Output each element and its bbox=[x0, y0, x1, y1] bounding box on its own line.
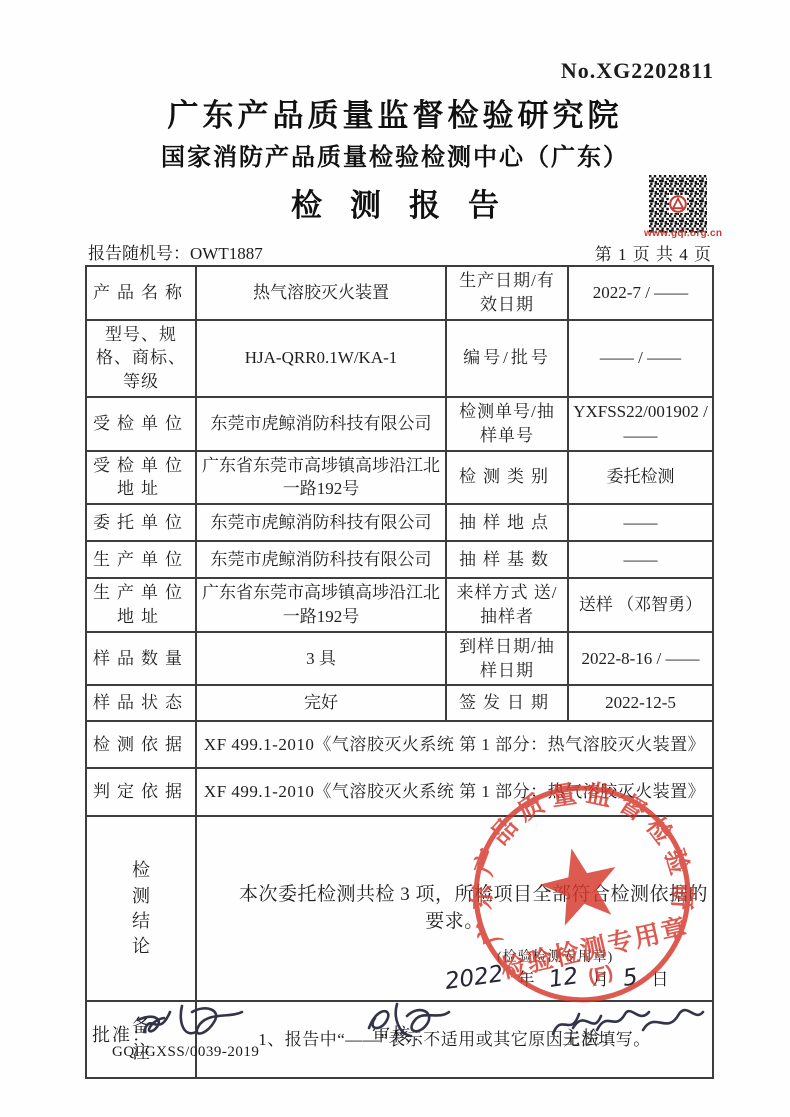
handwritten-day: 5 bbox=[621, 966, 639, 991]
table-row: 生产单位地址 广东省东莞市高埗镇高埗沿江北一路192号 来样方式 送/抽样者 送… bbox=[86, 578, 713, 632]
field-label: 生产单位地址 bbox=[86, 578, 196, 632]
table-row: 型号、规格、商标、等级 HJA-QRR0.1W/KA-1 编号/批号 —— / … bbox=[86, 320, 713, 397]
field-value: 2022-12-5 bbox=[568, 685, 713, 721]
month-unit: 月 bbox=[592, 970, 609, 989]
conclusion-label: 检 测 结 论 bbox=[86, 816, 196, 1001]
website-url: www.gqi.org.cn bbox=[644, 228, 722, 239]
field-label: 委托单位 bbox=[86, 504, 196, 541]
field-label: 检测类别 bbox=[446, 451, 568, 505]
handwritten-year: 2022 bbox=[444, 963, 505, 994]
field-label: 生产日期/有效日期 bbox=[446, 266, 568, 320]
field-label: 编号/批号 bbox=[446, 320, 568, 397]
field-value: XF 499.1-2010《气溶胶灭火系统 第 1 部分：热气溶胶灭火装置》 bbox=[196, 768, 713, 816]
field-label: 检测依据 bbox=[86, 721, 196, 768]
field-label: 抽样地点 bbox=[446, 504, 568, 541]
table-row: 检测依据 XF 499.1-2010《气溶胶灭火系统 第 1 部分：热气溶胶灭火… bbox=[86, 721, 713, 768]
seal-note: (检验检测专用章) bbox=[497, 951, 613, 965]
conclusion-text: 本次委托检测共检 3 项，所检项目全部符合检测依据的要求。 bbox=[201, 882, 708, 935]
field-label: 来样方式 送/抽样者 bbox=[446, 578, 568, 632]
field-value: 东莞市虎鲸消防科技有限公司 bbox=[196, 541, 446, 578]
field-value: 广东省东莞市高埗镇高埗沿江北一路192号 bbox=[196, 578, 446, 632]
report-serial-number: 报告随机号：OWT1887 bbox=[88, 239, 263, 264]
table-row: 生产单位 东莞市虎鲸消防科技有限公司 抽样基数 —— bbox=[86, 541, 713, 578]
report-info-table: 产品名称 热气溶胶灭火装置 生产日期/有效日期 2022-7 / —— 型号、规… bbox=[85, 265, 714, 1079]
field-label: 判定依据 bbox=[86, 768, 196, 816]
report-number: No.XG2202811 bbox=[561, 58, 714, 84]
field-label: 受检单位地址 bbox=[86, 451, 196, 505]
field-value: —— / —— bbox=[568, 320, 713, 397]
approver-signature bbox=[130, 996, 260, 1051]
field-value: 2022-7 / —— bbox=[568, 266, 713, 320]
table-row: 产品名称 热气溶胶灭火装置 生产日期/有效日期 2022-7 / —— bbox=[86, 266, 713, 320]
field-label: 抽样基数 bbox=[446, 541, 568, 578]
conclusion-label-char: 论 bbox=[132, 934, 150, 959]
conclusion-row: 检 测 结 论 本次委托检测共检 3 项，所检项目全部符合检测依据的要求。 (检… bbox=[86, 816, 713, 1001]
center-title: 国家消防产品质量检验检测中心（广东） bbox=[0, 137, 790, 172]
conclusion-label-char: 检 bbox=[132, 858, 150, 883]
field-label: 产品名称 bbox=[86, 266, 196, 320]
conclusion-label-char: 结 bbox=[132, 909, 150, 934]
qr-code-icon bbox=[649, 175, 707, 233]
reviewer-signature bbox=[355, 996, 465, 1051]
field-value: XF 499.1-2010《气溶胶灭火系统 第 1 部分：热气溶胶灭火装置》 bbox=[196, 721, 713, 768]
year-unit: 年 bbox=[518, 970, 535, 989]
organization-title: 广东产品质量监督检验研究院 bbox=[0, 90, 790, 135]
field-value: 热气溶胶灭火装置 bbox=[196, 266, 446, 320]
field-label: 签发日期 bbox=[446, 685, 568, 721]
table-row: 受检单位 东莞市虎鲸消防科技有限公司 检测单号/抽样单号 YXFSS22/001… bbox=[86, 397, 713, 451]
field-value: HJA-QRR0.1W/KA-1 bbox=[196, 320, 446, 397]
field-label: 检测单号/抽样单号 bbox=[446, 397, 568, 451]
issue-date-line: 2022年12月5日 bbox=[439, 967, 676, 990]
field-value: 东莞市虎鲸消防科技有限公司 bbox=[196, 397, 446, 451]
report-page: No.XG2202811 广东产品质量监督检验研究院 国家消防产品质量检验检测中… bbox=[0, 0, 790, 1117]
page-indicator: 第 1 页 共 4 页 bbox=[595, 240, 712, 265]
field-label: 样品状态 bbox=[86, 685, 196, 721]
field-label: 生产单位 bbox=[86, 541, 196, 578]
table-row: 委托单位 东莞市虎鲸消防科技有限公司 抽样地点 —— bbox=[86, 504, 713, 541]
field-value: YXFSS22/001902 / —— bbox=[568, 397, 713, 451]
chief-inspector-signature bbox=[545, 1000, 710, 1052]
table-row: 样品数量 3 具 到样日期/抽样日期 2022-8-16 / —— bbox=[86, 632, 713, 686]
field-value: 3 具 bbox=[196, 632, 446, 686]
table-row: 样品状态 完好 签发日期 2022-12-5 bbox=[86, 685, 713, 721]
field-value: 委托检测 bbox=[568, 451, 713, 505]
field-value: 广东省东莞市高埗镇高埗沿江北一路192号 bbox=[196, 451, 446, 505]
field-value: 完好 bbox=[196, 685, 446, 721]
table-row: 受检单位地址 广东省东莞市高埗镇高埗沿江北一路192号 检测类别 委托检测 bbox=[86, 451, 713, 505]
conclusion-label-char: 测 bbox=[132, 884, 150, 909]
field-value: 2022-8-16 / —— bbox=[568, 632, 713, 686]
conclusion-cell: 本次委托检测共检 3 项，所检项目全部符合检测依据的要求。 (检验检测专用章) … bbox=[196, 816, 713, 1001]
field-value: —— bbox=[568, 504, 713, 541]
field-label: 受检单位 bbox=[86, 397, 196, 451]
field-label: 型号、规格、商标、等级 bbox=[86, 320, 196, 397]
field-value: —— bbox=[568, 541, 713, 578]
table-row: 判定依据 XF 499.1-2010《气溶胶灭火系统 第 1 部分：热气溶胶灭火… bbox=[86, 768, 713, 816]
day-unit: 日 bbox=[651, 970, 668, 989]
field-value: 东莞市虎鲸消防科技有限公司 bbox=[196, 504, 446, 541]
handwritten-month: 12 bbox=[547, 965, 579, 992]
field-value: 送样 （邓智勇） bbox=[568, 578, 713, 632]
field-label: 样品数量 bbox=[86, 632, 196, 686]
field-label: 到样日期/抽样日期 bbox=[446, 632, 568, 686]
